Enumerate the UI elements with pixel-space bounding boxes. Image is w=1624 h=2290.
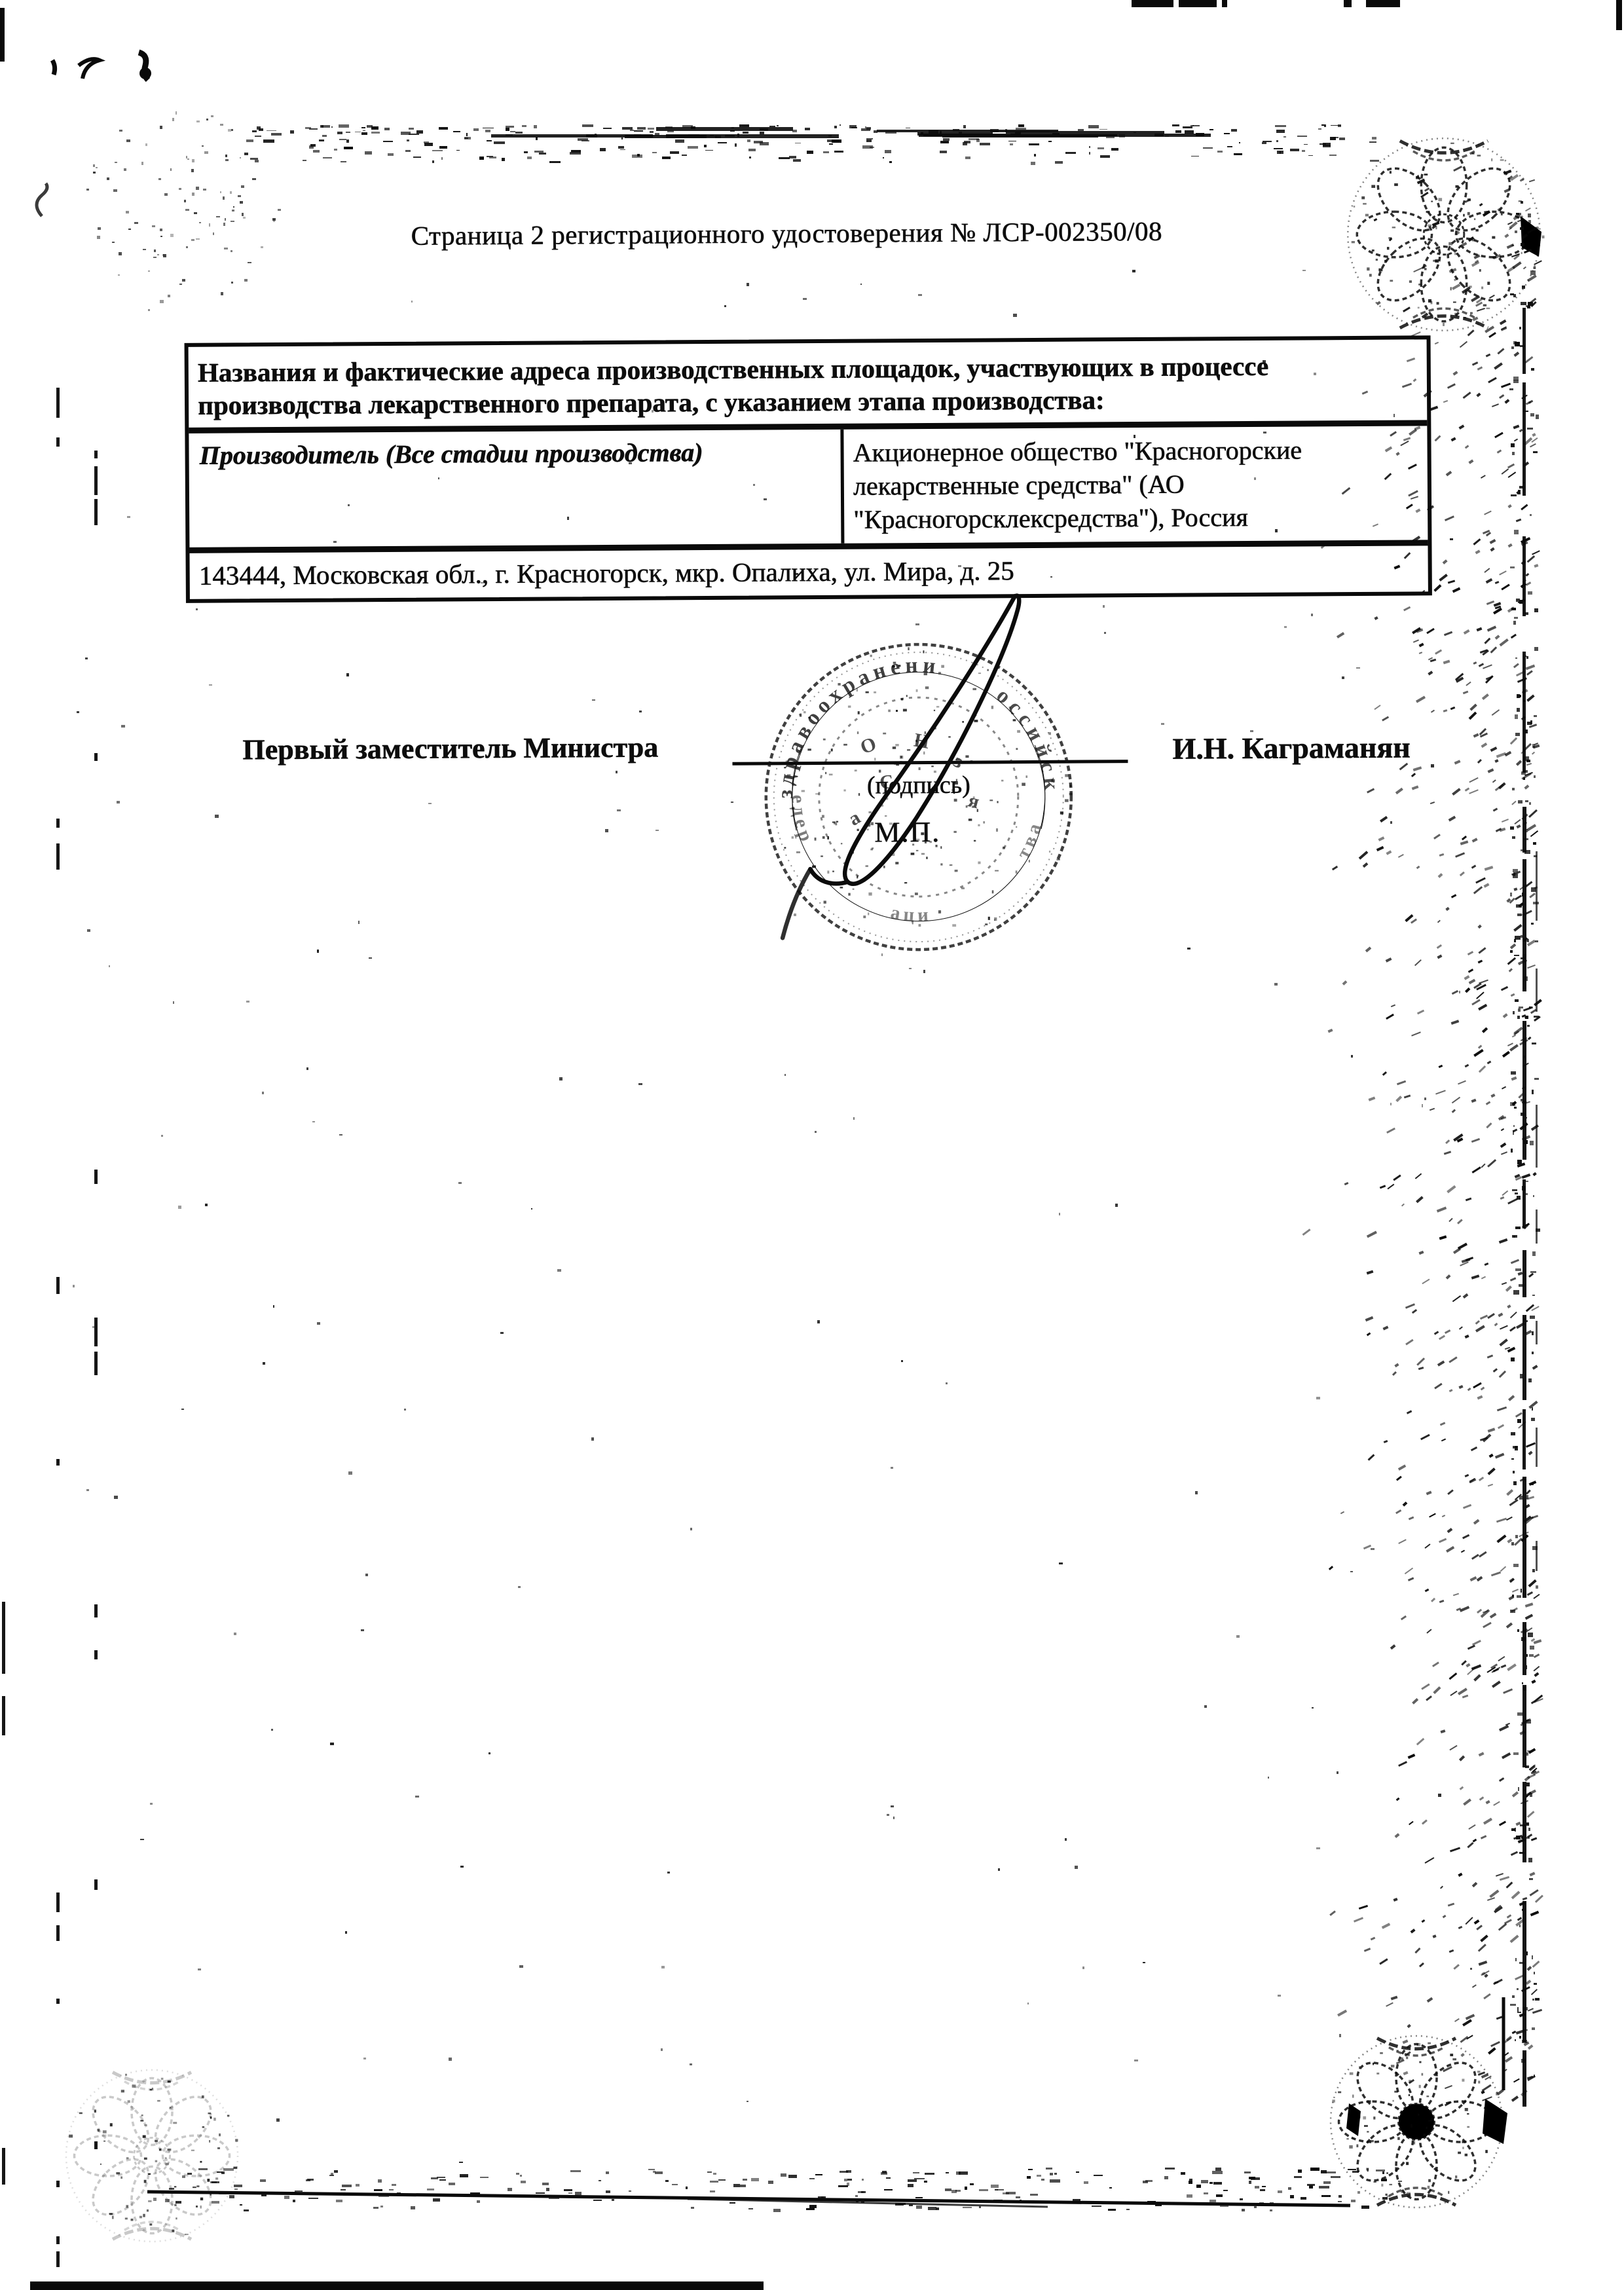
signer-title: Первый заместитель Министра	[242, 731, 658, 767]
producer-name-cell: Акционерное общество "Красногорские лека…	[843, 426, 1428, 543]
page-header: Страница 2 регистрационного удостоверени…	[411, 215, 1262, 251]
svg-text:Н: Н	[912, 729, 931, 752]
signature-caption: (подпись)	[821, 770, 1017, 800]
stamp-place-abbr: М.П.	[874, 815, 940, 849]
scanned-document-page: Страница 2 регистрационного удостоверени…	[0, 0, 1624, 2290]
signature-line	[732, 760, 1128, 766]
table-row: Производитель (Все стадии производства) …	[189, 426, 1428, 553]
table-title-cell: Названия и фактические адреса производст…	[189, 339, 1428, 434]
pen-signature	[781, 596, 1021, 938]
producer-role-cell: Производитель (Все стадии производства)	[189, 430, 844, 547]
producer-name: Акционерное общество "Красногорские лека…	[853, 433, 1354, 536]
table-title: Названия и фактические адреса производст…	[198, 349, 1387, 422]
svg-text:аци: аци	[889, 902, 932, 926]
svg-text:тва: тва	[1012, 818, 1047, 862]
document-content: Страница 2 регистрационного удостоверени…	[0, 0, 1624, 2290]
svg-text:едер: едер	[788, 794, 819, 848]
svg-text:О: О	[857, 733, 879, 758]
signer-name: И.Н. Каграманян	[1172, 729, 1411, 766]
stamp-arc-bottom-text-1: едер	[788, 794, 819, 848]
producer-address-row: 143444, Московская обл., г. Красногорск,…	[189, 545, 1428, 599]
stamp-arc-bottom-text-2: аци	[889, 902, 932, 926]
stamp-arc-bottom-text-3: тва	[1012, 818, 1047, 862]
svg-text:а: а	[845, 807, 864, 830]
production-sites-table: Названия и фактические адреса производст…	[185, 335, 1432, 602]
